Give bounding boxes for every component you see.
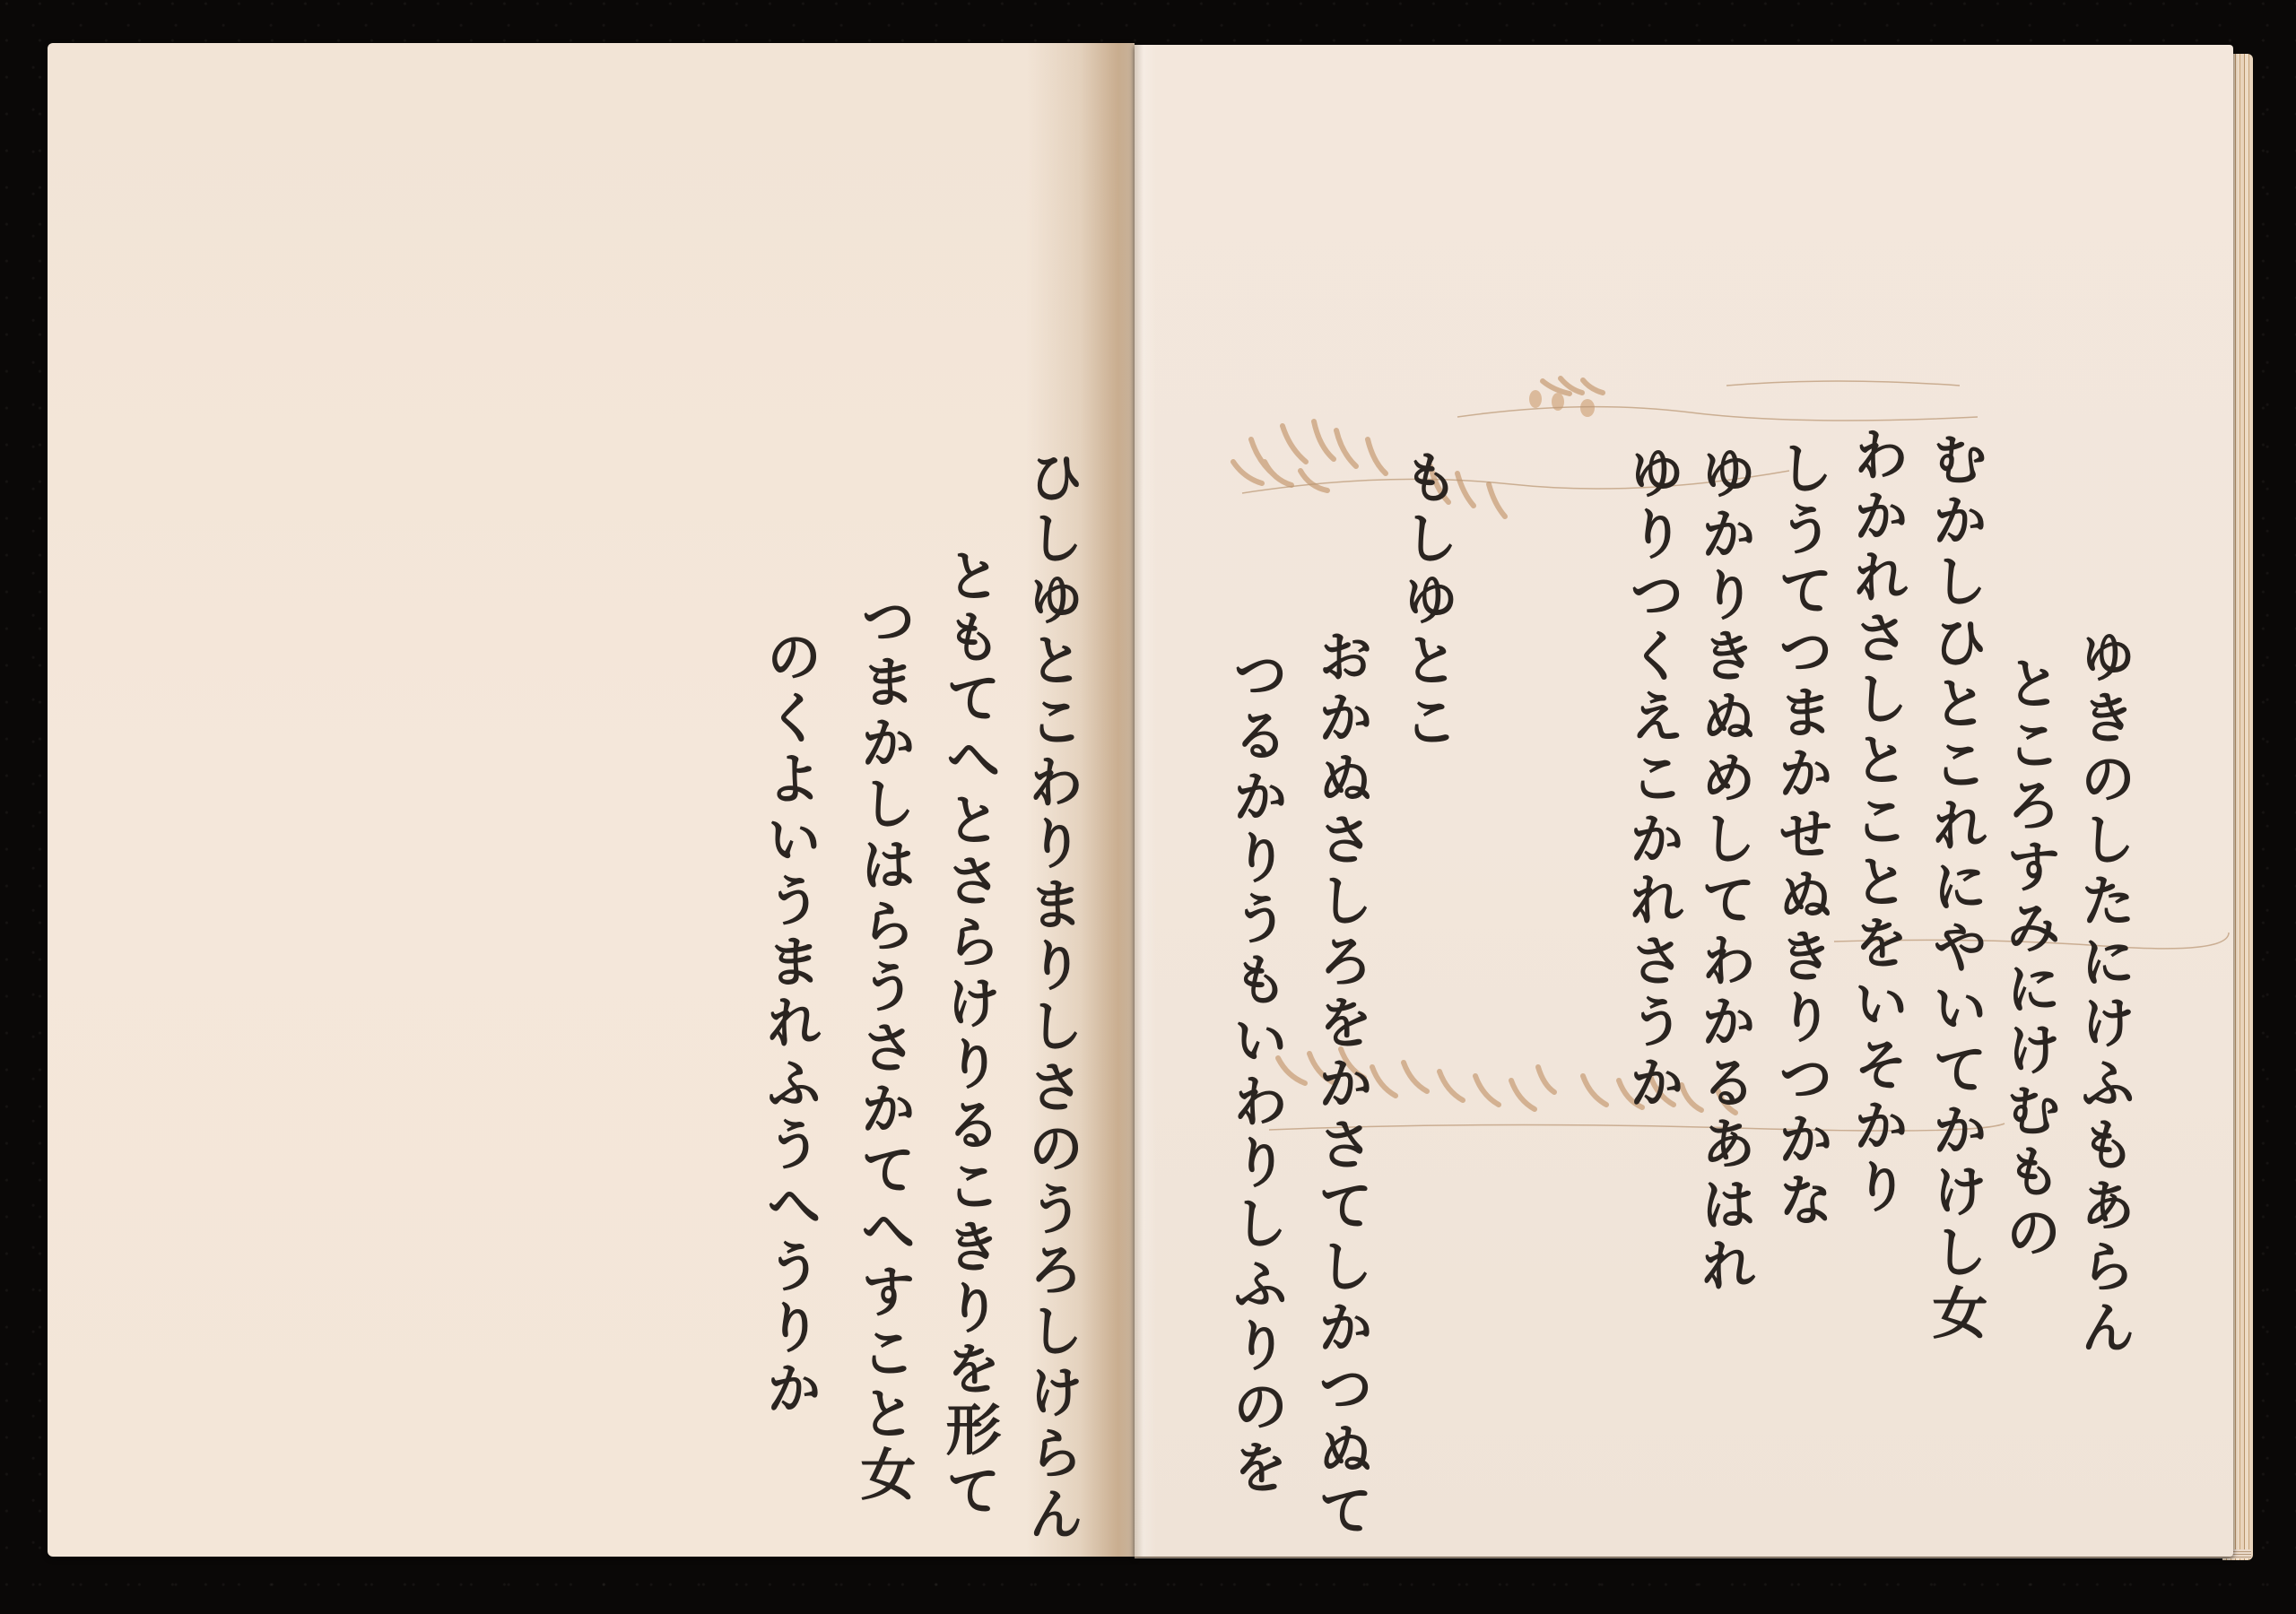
calligraphy-column: ゆかりきぬめしてわかるあはれ	[1696, 444, 1752, 1297]
calligraphy-column: つるかりうもいわりしふりのを	[1228, 646, 1283, 1499]
calligraphy-column: つまかしはらうさかてへすこと女	[856, 592, 911, 1506]
calligraphy-column: ゆりつくえこかれさうか	[1624, 444, 1680, 1115]
calligraphy-column: ゆきのしたにけふもあらん	[2075, 628, 2131, 1359]
left-page: ひしゆとこわりまりしさのうろしけらんともてへとさらけりるこきりを形てつまかしはら…	[48, 43, 1135, 1557]
calligraphy-column: ところすみにけむもの	[2001, 655, 2057, 1264]
calligraphy-column: わかれさしとことをいそかり	[1848, 426, 1904, 1219]
calligraphy-column: ひしゆとこわりまりしさのうろしけらん	[1023, 448, 1079, 1546]
right-page: ゆきのしたにけふもあらんところすみにけむものむかしひとこれにやいてかけし女わかれ…	[1135, 45, 2233, 1557]
calligraphy-column: しうてつまかせぬきりつかな	[1773, 439, 1829, 1232]
calligraphy-column: おかぬさしろをかさてしかつぬて	[1313, 628, 1369, 1542]
calligraphy-column: もしゆとこ	[1398, 448, 1454, 753]
calligraphy-column: ともてへとさらけりるこきりを形て	[941, 547, 996, 1523]
calligraphy-column: のくよいうまれふうへうりか	[761, 628, 817, 1420]
calligraphy-column: むかしひとこれにやいてかけし女	[1927, 430, 1983, 1345]
